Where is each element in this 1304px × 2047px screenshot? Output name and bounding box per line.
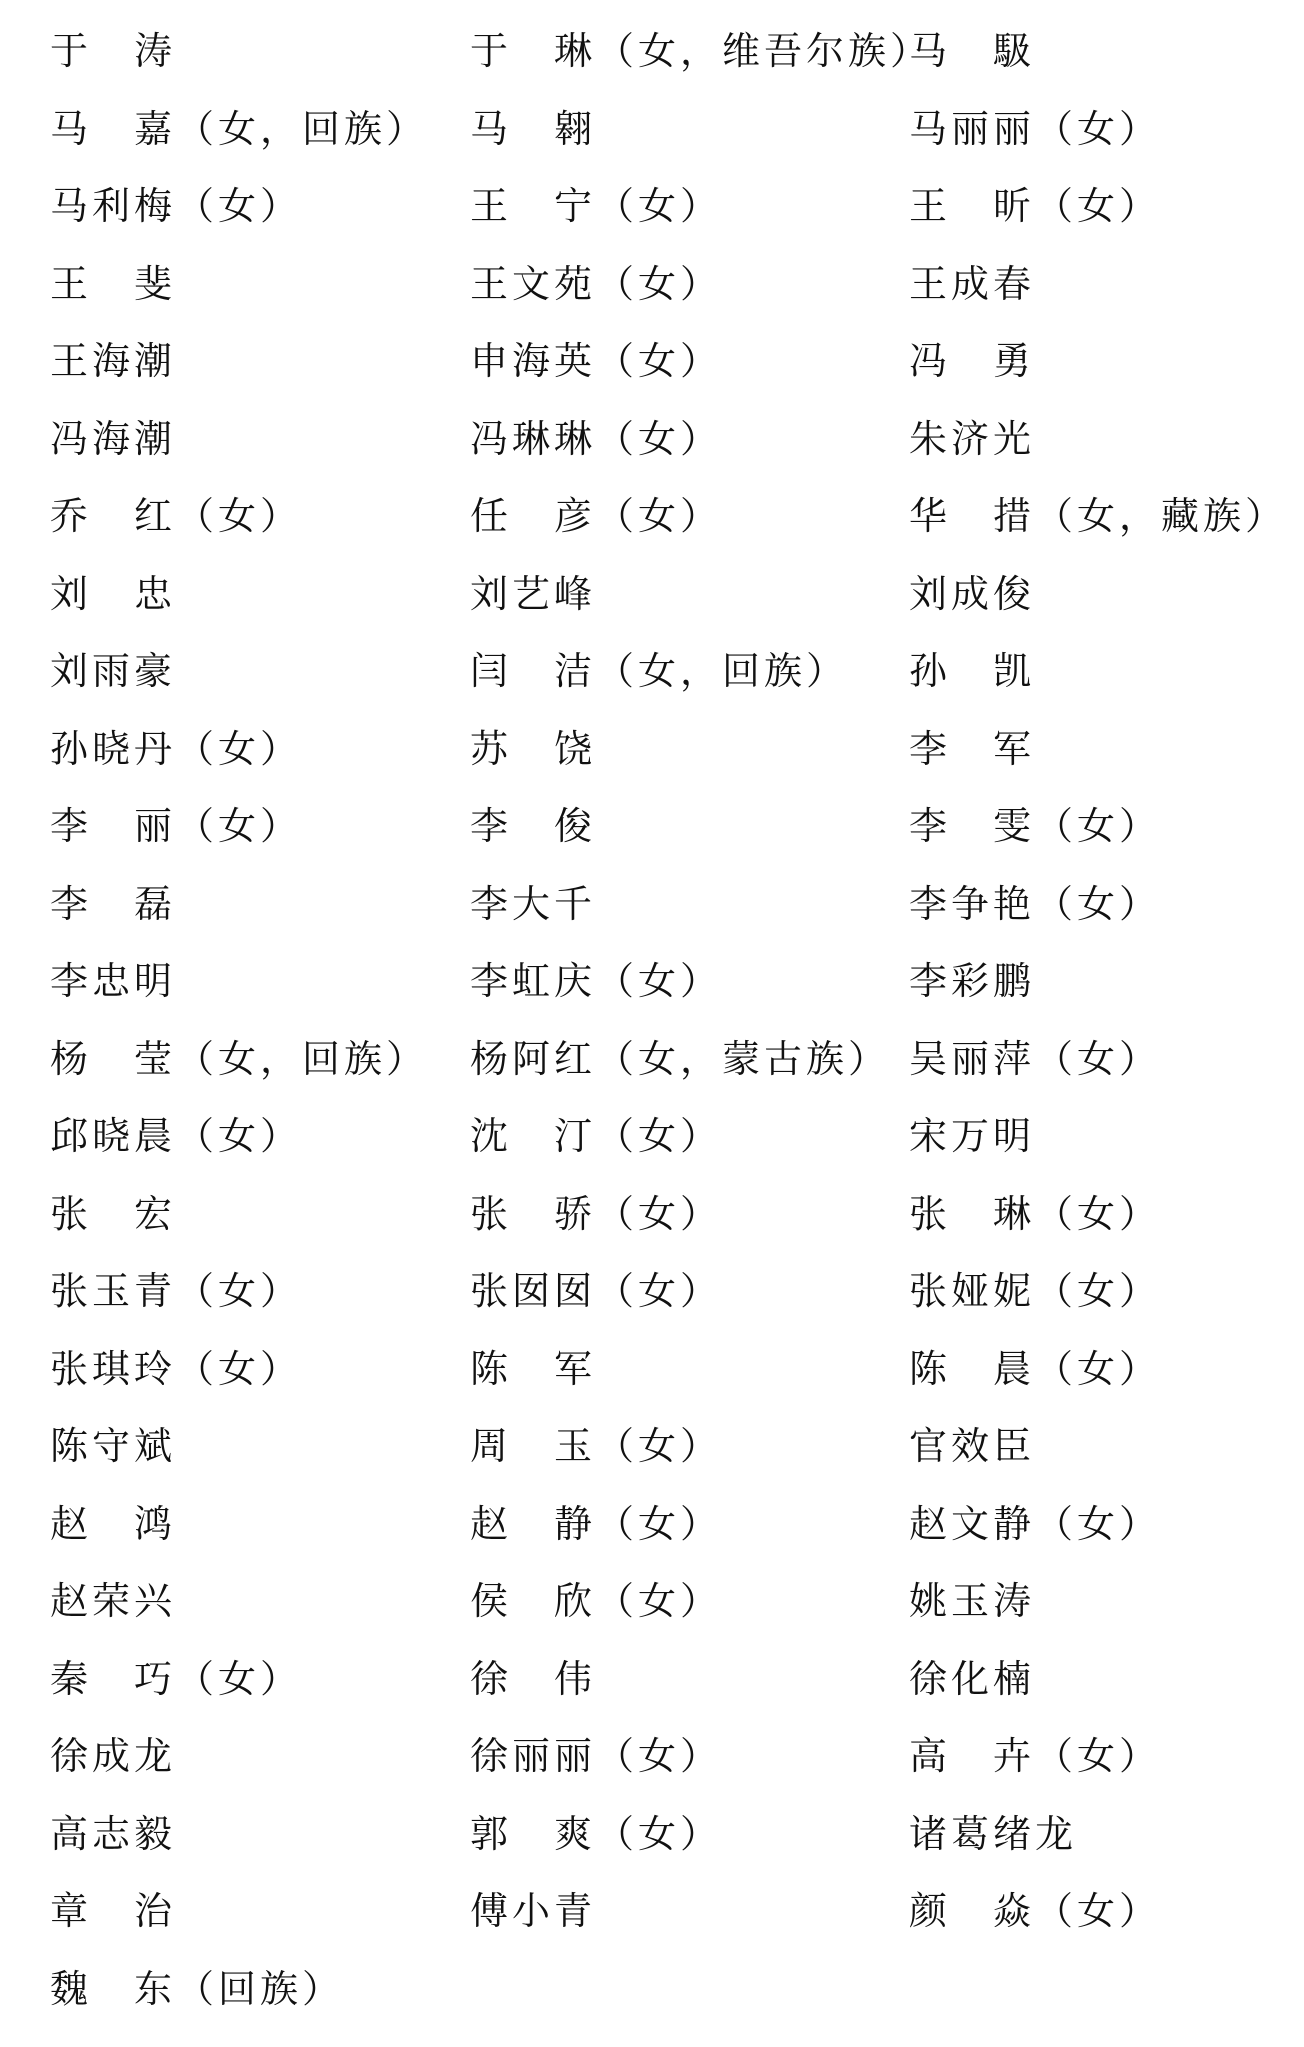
name-entry: 冯琳琳（女） [470, 414, 722, 464]
name-entry: 刘 忠 [50, 569, 176, 619]
name-entry: 华 措（女，藏族） [909, 491, 1287, 541]
name-entry: 李 俊 [470, 801, 596, 851]
name-entry: 徐成龙 [50, 1731, 176, 1781]
name-row: 秦 巧（女）徐 伟徐化楠 [0, 1654, 1304, 1731]
name-entry: 李争艳（女） [909, 879, 1161, 929]
name-entry: 赵 鸿 [50, 1499, 176, 1549]
name-row: 李 磊李大千李争艳（女） [0, 879, 1304, 956]
name-entry: 赵荣兴 [50, 1576, 176, 1626]
name-entry: 李 磊 [50, 879, 176, 929]
name-entry: 章 治 [50, 1886, 176, 1936]
name-entry: 马利梅（女） [50, 181, 302, 231]
name-entry: 魏 东（回族） [50, 1964, 344, 2014]
name-entry: 苏 饶 [470, 724, 596, 774]
name-row: 李 丽（女）李 俊李 雯（女） [0, 801, 1304, 878]
name-entry: 周 玉（女） [470, 1421, 722, 1471]
name-entry: 孙晓丹（女） [50, 724, 302, 774]
name-entry: 王文苑（女） [470, 259, 722, 309]
name-entry: 王海潮 [50, 336, 176, 386]
name-entry: 张 骄（女） [470, 1189, 722, 1239]
name-entry: 任 彦（女） [470, 491, 722, 541]
name-row: 张玉青（女）张囡囡（女）张娅妮（女） [0, 1266, 1304, 1343]
name-entry: 马 嘉（女，回族） [50, 104, 428, 154]
name-row: 杨 莹（女，回族）杨阿红（女，蒙古族）吴丽萍（女） [0, 1034, 1304, 1111]
name-entry: 姚玉涛 [909, 1576, 1035, 1626]
name-entry: 官效臣 [909, 1421, 1035, 1471]
name-entry: 李虹庆（女） [470, 956, 722, 1006]
name-entry: 乔 红（女） [50, 491, 302, 541]
name-entry: 徐丽丽（女） [470, 1731, 722, 1781]
name-entry: 张玉青（女） [50, 1266, 302, 1316]
name-entry: 于 琳（女，维吾尔族） [470, 26, 932, 76]
name-row: 于 涛于 琳（女，维吾尔族）马 馺 [0, 26, 1304, 103]
name-row: 冯海潮冯琳琳（女）朱济光 [0, 414, 1304, 491]
name-entry: 颜 焱（女） [909, 1886, 1161, 1936]
name-row: 乔 红（女）任 彦（女）华 措（女，藏族） [0, 491, 1304, 568]
name-row: 赵 鸿赵 静（女）赵文静（女） [0, 1499, 1304, 1576]
name-row: 李忠明李虹庆（女）李彩鹏 [0, 956, 1304, 1033]
name-row: 高志毅郭 爽（女）诸葛绪龙 [0, 1809, 1304, 1886]
name-entry: 闫 洁（女，回族） [470, 646, 848, 696]
name-entry: 杨阿红（女，蒙古族） [470, 1034, 890, 1084]
name-entry: 李 军 [909, 724, 1035, 774]
name-entry: 申海英（女） [470, 336, 722, 386]
name-list: 于 涛于 琳（女，维吾尔族）马 馺马 嘉（女，回族）马 翱马丽丽（女）马利梅（女… [0, 0, 1304, 2047]
name-entry: 陈守斌 [50, 1421, 176, 1471]
name-entry: 傅小青 [470, 1886, 596, 1936]
name-entry: 杨 莹（女，回族） [50, 1034, 428, 1084]
name-entry: 诸葛绪龙 [909, 1809, 1077, 1859]
name-row: 陈守斌周 玉（女）官效臣 [0, 1421, 1304, 1498]
name-row: 邱晓晨（女）沈 汀（女）宋万明 [0, 1111, 1304, 1188]
name-entry: 张囡囡（女） [470, 1266, 722, 1316]
name-row: 张 宏张 骄（女）张 琳（女） [0, 1189, 1304, 1266]
name-entry: 陈 晨（女） [909, 1344, 1161, 1394]
name-entry: 郭 爽（女） [470, 1809, 722, 1859]
name-entry: 王 宁（女） [470, 181, 722, 231]
name-entry: 赵文静（女） [909, 1499, 1161, 1549]
name-entry: 李 丽（女） [50, 801, 302, 851]
name-entry: 李忠明 [50, 956, 176, 1006]
name-entry: 徐 伟 [470, 1654, 596, 1704]
name-entry: 王 昕（女） [909, 181, 1161, 231]
name-entry: 刘成俊 [909, 569, 1035, 619]
name-entry: 陈 军 [470, 1344, 596, 1394]
name-entry: 李大千 [470, 879, 596, 929]
name-entry: 冯 勇 [909, 336, 1035, 386]
name-row: 王海潮申海英（女）冯 勇 [0, 336, 1304, 413]
name-entry: 宋万明 [909, 1111, 1035, 1161]
name-entry: 赵 静（女） [470, 1499, 722, 1549]
name-row: 徐成龙徐丽丽（女）高 卉（女） [0, 1731, 1304, 1808]
name-entry: 刘艺峰 [470, 569, 596, 619]
name-row: 魏 东（回族） [0, 1964, 1304, 2041]
name-entry: 孙 凯 [909, 646, 1035, 696]
name-entry: 吴丽萍（女） [909, 1034, 1161, 1084]
name-entry: 李彩鹏 [909, 956, 1035, 1006]
name-entry: 张 宏 [50, 1189, 176, 1239]
name-entry: 李 雯（女） [909, 801, 1161, 851]
name-entry: 沈 汀（女） [470, 1111, 722, 1161]
name-entry: 高志毅 [50, 1809, 176, 1859]
name-entry: 冯海潮 [50, 414, 176, 464]
name-row: 章 治傅小青颜 焱（女） [0, 1886, 1304, 1963]
name-row: 刘雨豪闫 洁（女，回族）孙 凯 [0, 646, 1304, 723]
name-entry: 张 琳（女） [909, 1189, 1161, 1239]
name-entry: 侯 欣（女） [470, 1576, 722, 1626]
name-entry: 刘雨豪 [50, 646, 176, 696]
name-entry: 朱济光 [909, 414, 1035, 464]
name-entry: 于 涛 [50, 26, 176, 76]
name-entry: 马 馺 [909, 26, 1035, 76]
name-row: 刘 忠刘艺峰刘成俊 [0, 569, 1304, 646]
name-row: 张琪玲（女）陈 军陈 晨（女） [0, 1344, 1304, 1421]
name-entry: 徐化楠 [909, 1654, 1035, 1704]
name-entry: 王成春 [909, 259, 1035, 309]
name-entry: 马丽丽（女） [909, 104, 1161, 154]
name-row: 王 斐王文苑（女）王成春 [0, 259, 1304, 336]
name-entry: 高 卉（女） [909, 1731, 1161, 1781]
name-row: 孙晓丹（女）苏 饶李 军 [0, 724, 1304, 801]
name-entry: 王 斐 [50, 259, 176, 309]
name-entry: 邱晓晨（女） [50, 1111, 302, 1161]
name-entry: 张琪玲（女） [50, 1344, 302, 1394]
name-entry: 秦 巧（女） [50, 1654, 302, 1704]
name-row: 马 嘉（女，回族）马 翱马丽丽（女） [0, 104, 1304, 181]
name-row: 马利梅（女）王 宁（女）王 昕（女） [0, 181, 1304, 258]
name-entry: 马 翱 [470, 104, 596, 154]
name-entry: 张娅妮（女） [909, 1266, 1161, 1316]
name-row: 赵荣兴侯 欣（女）姚玉涛 [0, 1576, 1304, 1653]
